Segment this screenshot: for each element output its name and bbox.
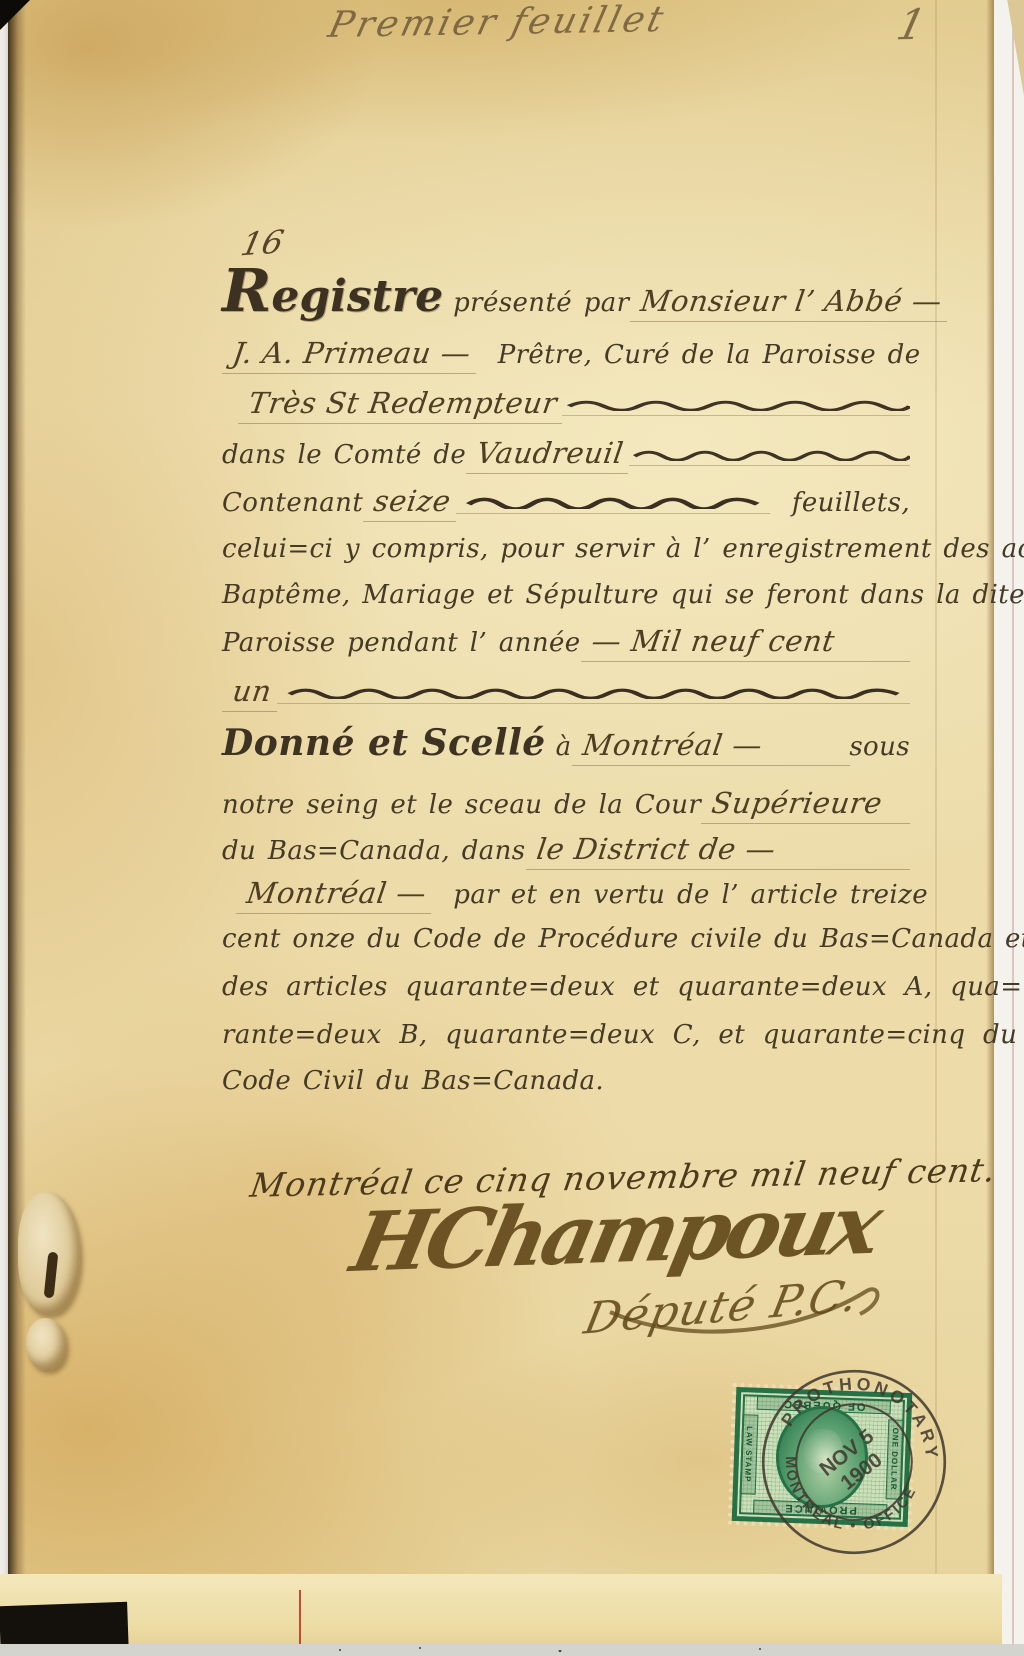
handwritten-entry: Très St Redempteur <box>238 386 567 424</box>
handwritten-entry: le District de — <box>526 832 916 870</box>
registre-ornate-word: Registre <box>222 256 443 326</box>
handwritten-entry: seize <box>363 484 461 522</box>
next-page-edge <box>0 1574 1002 1650</box>
printed-text: rante=deux B, quarante=deux C, et quaran… <box>222 1020 1017 1050</box>
form-line-13: Montréal — par et en vertu de l’ article… <box>236 876 910 914</box>
handwritten-entry: J. A. Primeau — <box>222 336 481 374</box>
form-line-5: Contenant seize feuillets, <box>222 484 910 522</box>
filler-squiggle <box>629 445 910 466</box>
form-line-15: des articles quarante=deux et quarante=d… <box>222 972 910 1002</box>
handwritten-entry: Montréal — <box>236 876 437 914</box>
printed-text: par et en vertu de l’ article treize <box>453 880 928 910</box>
header-note: Premier feuillet <box>325 0 670 46</box>
printed-text: celui=ci y compris, pour servir à l’ enr… <box>222 534 1024 564</box>
form-line-9: un <box>222 674 910 712</box>
form-line-16: rante=deux B, quarante=deux C, et quaran… <box>222 1020 910 1050</box>
page-edge-line <box>1012 0 1014 1656</box>
form-line-14: cent onze du Code de Procédure civile du… <box>222 924 910 954</box>
filler-squiggle <box>456 493 770 514</box>
printed-text: Baptême, Mariage et Sépulture qui se fer… <box>222 580 1024 610</box>
scanner-bottom-strip <box>0 1644 1024 1656</box>
form-line-3: Très St Redempteur <box>238 386 910 424</box>
handwritten-entry: — Mil neuf cent <box>581 624 916 662</box>
printed-text: Code Civil du Bas=Canada. <box>222 1066 604 1096</box>
form-line-7: Baptême, Mariage et Sépulture qui se fer… <box>222 580 910 610</box>
printed-text: cent onze du Code de Procédure civile du… <box>222 924 1024 954</box>
printed-text: à <box>556 732 572 762</box>
filler-squiggle <box>277 683 910 704</box>
paper-fold-line <box>935 0 937 1588</box>
handwritten-entry: Monsieur l’ Abbé — <box>630 284 952 322</box>
form-line-8: Paroisse pendant l’ année — Mil neuf cen… <box>222 624 910 662</box>
printed-text: dans le Comté de <box>222 440 466 470</box>
form-line-4: dans le Comté de Vaudreuil <box>222 436 910 474</box>
printed-text: Prêtre, Curé de la Paroisse de <box>498 340 921 370</box>
printed-text: notre seing et le sceau de la Cour <box>222 790 701 820</box>
form-line-12: du Bas=Canada, dans le District de — <box>222 832 910 870</box>
margin-red-line <box>299 1590 301 1648</box>
scanner-background <box>994 0 1024 1656</box>
form-line-6: celui=ci y compris, pour servir à l’ enr… <box>222 534 910 564</box>
form-line-10: Donné et Scellé à Montréal — sous <box>222 722 910 766</box>
printed-text: présenté par <box>453 288 629 318</box>
printed-text: Paroisse pendant l’ année <box>222 628 581 658</box>
printed-text: Contenant <box>222 488 363 518</box>
printed-text: des articles quarante=deux et quarante=d… <box>222 972 1022 1002</box>
form-line-17: Code Civil du Bas=Canada. <box>222 1066 910 1096</box>
handwritten-entry: Supérieure <box>701 786 915 824</box>
filler-squiggle <box>562 395 910 416</box>
scanned-register-page: Premier feuillet 1 16 Registre présenté … <box>0 0 1024 1656</box>
handwritten-entry: un <box>222 674 282 712</box>
printed-text: du Bas=Canada, dans <box>222 836 526 866</box>
printed-heading: Donné et Scellé <box>222 722 546 764</box>
printed-text: sous <box>849 732 910 762</box>
form-line-1: Registre présenté par Monsieur l’ Abbé — <box>222 256 910 326</box>
printed-text: feuillets, <box>792 488 910 518</box>
seal-date: NOV 5 1900 <box>815 1425 893 1500</box>
handwritten-entry: Vaudreuil <box>466 436 634 474</box>
binding-hole <box>26 1318 66 1370</box>
form-line-11: notre seing et le sceau de la Cour Supér… <box>222 786 910 824</box>
handwritten-entry: Montréal — <box>572 728 855 766</box>
form-line-2: J. A. Primeau — Prêtre, Curé de la Paroi… <box>222 336 910 374</box>
